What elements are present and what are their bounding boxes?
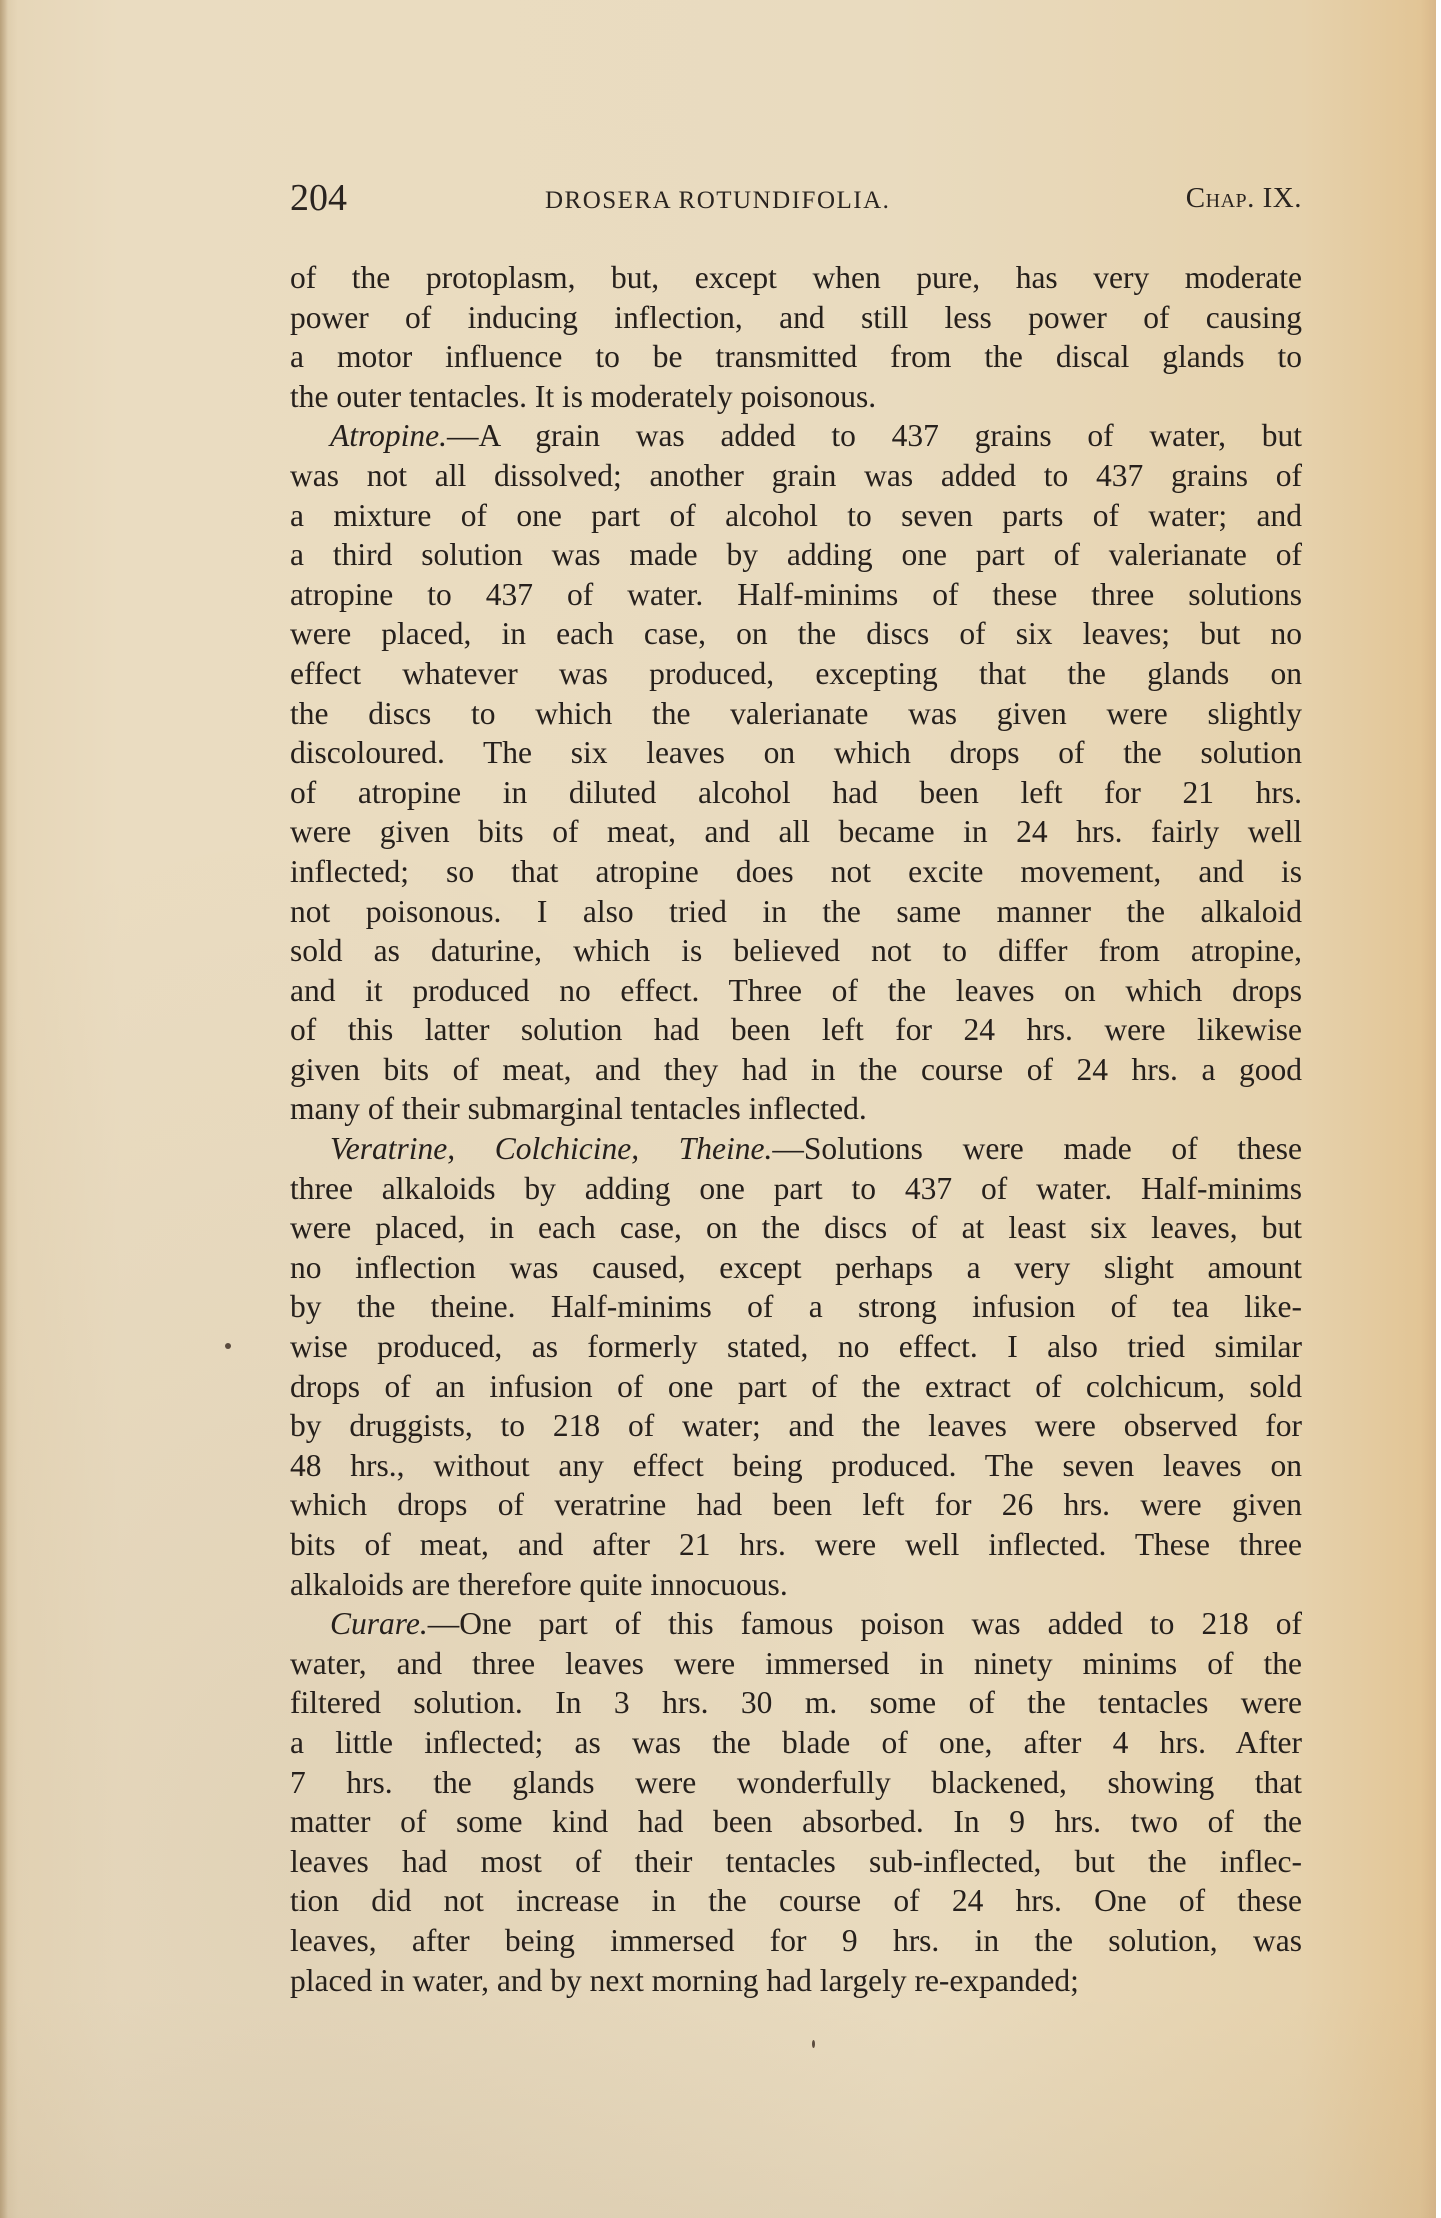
text-line: were placed, in each case, on the discs … (290, 614, 1302, 654)
text-line: a third solution was made by adding one … (290, 535, 1302, 575)
line-text: —One part of this famous poison was adde… (428, 1606, 1302, 1641)
text-line: and it produced no effect. Three of the … (290, 971, 1302, 1011)
line-text: water, and three leaves were immersed in… (290, 1646, 1302, 1681)
line-text: by the theine. Half-minims of a strong i… (290, 1289, 1302, 1324)
text-line: which drops of veratrine had been left f… (290, 1485, 1302, 1525)
text-line: leaves, after being immersed for 9 hrs. … (290, 1921, 1302, 1961)
text-line: bits of meat, and after 21 hrs. were wel… (290, 1525, 1302, 1565)
text-line: effect whatever was produced, excepting … (290, 654, 1302, 694)
text-line: power of inducing inflection, and still … (290, 298, 1302, 338)
text-line: were placed, in each case, on the discs … (290, 1208, 1302, 1248)
ink-speck (225, 1343, 231, 1349)
line-text: effect whatever was produced, excepting … (290, 656, 1302, 691)
page-number: 204 (290, 176, 347, 220)
line-text: the discs to which the valerianate was g… (290, 696, 1302, 731)
line-text: power of inducing inflection, and still … (290, 300, 1302, 335)
text-line: no inflection was caused, except perhaps… (290, 1248, 1302, 1288)
paragraph-lead-term: Curare. (330, 1606, 428, 1641)
line-text: and it produced no effect. Three of the … (290, 973, 1302, 1008)
line-text: tion did not increase in the course of 2… (290, 1883, 1302, 1918)
text-line: inflected; so that atropine does not exc… (290, 852, 1302, 892)
line-text: which drops of veratrine had been left f… (290, 1487, 1302, 1522)
ink-speck (812, 2040, 815, 2048)
line-text: by druggists, to 218 of water; and the l… (290, 1408, 1302, 1443)
text-line: Veratrine, Colchicine, Theine.—Solutions… (290, 1129, 1302, 1169)
text-line: sold as daturine, which is believed not … (290, 931, 1302, 971)
text-line: filtered solution. In 3 hrs. 30 m. some … (290, 1683, 1302, 1723)
line-text: alkaloids are therefore quite innocuous. (290, 1567, 788, 1602)
text-line: discoloured. The six leaves on which dro… (290, 733, 1302, 773)
line-text: a motor influence to be transmitted from… (290, 339, 1302, 374)
line-text: sold as daturine, which is believed not … (290, 933, 1302, 968)
text-line: placed in water, and by next morning had… (290, 1961, 1302, 2001)
line-text: not poisonous. I also tried in the same … (290, 894, 1302, 929)
text-line: of the protoplasm, but, except when pure… (290, 258, 1302, 298)
text-line: Curare.—One part of this famous poison w… (290, 1604, 1302, 1644)
paragraph-lead-term: Atropine. (330, 418, 447, 453)
body-text: of the protoplasm, but, except when pure… (290, 258, 1302, 2000)
text-line: water, and three leaves were immersed in… (290, 1644, 1302, 1684)
line-text: many of their submarginal tentacles infl… (290, 1091, 867, 1126)
line-text: drops of an infusion of one part of the … (290, 1369, 1302, 1404)
text-line: many of their submarginal tentacles infl… (290, 1089, 1302, 1129)
text-line: the outer tentacles. It is moderately po… (290, 377, 1302, 417)
text-line: leaves had most of their tentacles sub-i… (290, 1842, 1302, 1882)
line-text: of this latter solution had been left fo… (290, 1012, 1302, 1047)
text-line: 7 hrs. the glands were wonderfully black… (290, 1763, 1302, 1803)
text-line: tion did not increase in the course of 2… (290, 1881, 1302, 1921)
text-line: atropine to 437 of water. Half-minims of… (290, 575, 1302, 615)
line-text: no inflection was caused, except perhaps… (290, 1250, 1302, 1285)
line-text: bits of meat, and after 21 hrs. were wel… (290, 1527, 1302, 1562)
text-line: a mixture of one part of alcohol to seve… (290, 496, 1302, 536)
text-line: drops of an infusion of one part of the … (290, 1367, 1302, 1407)
line-text: atropine to 437 of water. Half-minims of… (290, 577, 1302, 612)
text-line: the discs to which the valerianate was g… (290, 694, 1302, 734)
line-text: were placed, in each case, on the discs … (290, 616, 1302, 651)
line-text: was not all dissolved; another grain was… (290, 458, 1302, 493)
line-text: inflected; so that atropine does not exc… (290, 854, 1302, 889)
text-line: were given bits of meat, and all became … (290, 812, 1302, 852)
line-text: given bits of meat, and they had in the … (290, 1052, 1302, 1087)
text-line: a motor influence to be transmitted from… (290, 337, 1302, 377)
line-text: a little inflected; as was the blade of … (290, 1725, 1302, 1760)
line-text: the outer tentacles. It is moderately po… (290, 379, 876, 414)
text-line: Atropine.—A grain was added to 437 grain… (290, 416, 1302, 456)
running-header: 204 DROSERA ROTUNDIFOLIA. Chap. IX. (290, 176, 1302, 226)
paragraph-lead-term: Veratrine, Colchicine, Theine. (330, 1131, 772, 1166)
line-text: —Solutions were made of these (772, 1131, 1302, 1166)
line-text: leaves had most of their tentacles sub-i… (290, 1844, 1302, 1879)
line-text: were placed, in each case, on the discs … (290, 1210, 1302, 1245)
text-line: given bits of meat, and they had in the … (290, 1050, 1302, 1090)
text-line: a little inflected; as was the blade of … (290, 1723, 1302, 1763)
book-page: 204 DROSERA ROTUNDIFOLIA. Chap. IX. of t… (0, 0, 1436, 2218)
line-text: filtered solution. In 3 hrs. 30 m. some … (290, 1685, 1302, 1720)
text-line: wise produced, as formerly stated, no ef… (290, 1327, 1302, 1367)
text-line: matter of some kind had been absorbed. I… (290, 1802, 1302, 1842)
line-text: three alkaloids by adding one part to 43… (290, 1171, 1302, 1206)
line-text: a third solution was made by adding one … (290, 537, 1302, 572)
line-text: placed in water, and by next morning had… (290, 1963, 1079, 1998)
line-text: were given bits of meat, and all became … (290, 814, 1302, 849)
line-text: of the protoplasm, but, except when pure… (290, 260, 1302, 295)
line-text: 48 hrs., without any effect being produc… (290, 1448, 1302, 1483)
text-line: of atropine in diluted alcohol had been … (290, 773, 1302, 813)
text-line: not poisonous. I also tried in the same … (290, 892, 1302, 932)
line-text: discoloured. The six leaves on which dro… (290, 735, 1302, 770)
line-text: matter of some kind had been absorbed. I… (290, 1804, 1302, 1839)
running-title: DROSERA ROTUNDIFOLIA. (545, 187, 890, 215)
text-line: 48 hrs., without any effect being produc… (290, 1446, 1302, 1486)
text-line: three alkaloids by adding one part to 43… (290, 1169, 1302, 1209)
text-line: by the theine. Half-minims of a strong i… (290, 1287, 1302, 1327)
line-text: —A grain was added to 437 grains of wate… (447, 418, 1302, 453)
text-line: alkaloids are therefore quite innocuous. (290, 1565, 1302, 1605)
line-text: a mixture of one part of alcohol to seve… (290, 498, 1302, 533)
chapter-label: Chap. IX. (1186, 182, 1302, 215)
line-text: 7 hrs. the glands were wonderfully black… (290, 1765, 1302, 1800)
text-line: of this latter solution had been left fo… (290, 1010, 1302, 1050)
line-text: wise produced, as formerly stated, no ef… (290, 1329, 1302, 1364)
line-text: of atropine in diluted alcohol had been … (290, 775, 1302, 810)
text-line: was not all dissolved; another grain was… (290, 456, 1302, 496)
text-line: by druggists, to 218 of water; and the l… (290, 1406, 1302, 1446)
line-text: leaves, after being immersed for 9 hrs. … (290, 1923, 1302, 1958)
